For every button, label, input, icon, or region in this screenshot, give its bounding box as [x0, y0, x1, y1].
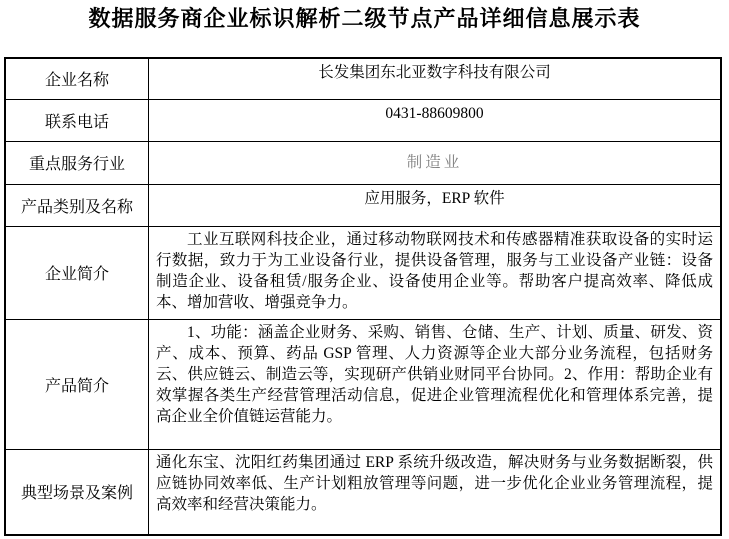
industry-value-text: 制造业	[407, 154, 463, 171]
table-row: 典型场景及案例 通化东宝、沈阳红药集团通过 ERP 系统升级改造，解决财务与业务…	[5, 449, 721, 535]
row-value-use-cases: 通化东宝、沈阳红药集团通过 ERP 系统升级改造，解决财务与业务数据断裂，供应链…	[149, 449, 722, 535]
table-row: 产品简介 1、功能：涵盖企业财务、采购、销售、仓储、生产、计划、质量、研发、资产…	[5, 319, 721, 449]
row-value-company-intro: 工业互联网科技企业，通过移动物联网技术和传感器精准获取设备的实时运行数据，致力于…	[149, 226, 722, 319]
use-cases-text: 通化东宝、沈阳红药集团通过 ERP 系统升级改造，解决财务与业务数据断裂，供应链…	[156, 452, 713, 515]
table-row: 重点服务行业 制造业	[5, 141, 721, 184]
product-intro-text: 1、功能：涵盖企业财务、采购、销售、仓储、生产、计划、质量、研发、资产、成本、预…	[156, 322, 713, 427]
table-row: 企业名称 长发集团东北亚数字科技有限公司	[5, 58, 721, 99]
row-label-company-intro: 企业简介	[5, 226, 149, 319]
table-row: 联系电话 0431-88609800	[5, 99, 721, 141]
page-title: 数据服务商企业标识解析二级节点产品详细信息展示表	[0, 0, 729, 32]
row-label-phone: 联系电话	[5, 99, 149, 141]
row-label-industry: 重点服务行业	[5, 141, 149, 184]
row-value-phone: 0431-88609800	[149, 99, 722, 141]
row-label-use-cases: 典型场景及案例	[5, 449, 149, 535]
row-value-product-category: 应用服务，ERP 软件	[149, 184, 722, 226]
row-value-product-intro: 1、功能：涵盖企业财务、采购、销售、仓储、生产、计划、质量、研发、资产、成本、预…	[149, 319, 722, 449]
company-intro-text: 工业互联网科技企业，通过移动物联网技术和传感器精准获取设备的实时运行数据，致力于…	[156, 229, 713, 313]
info-table: 企业名称 长发集团东北亚数字科技有限公司 联系电话 0431-88609800 …	[4, 57, 722, 536]
table-row: 企业简介 工业互联网科技企业，通过移动物联网技术和传感器精准获取设备的实时运行数…	[5, 226, 721, 319]
row-label-product-category: 产品类别及名称	[5, 184, 149, 226]
table-row: 产品类别及名称 应用服务，ERP 软件	[5, 184, 721, 226]
row-value-industry: 制造业	[149, 141, 722, 184]
row-label-product-intro: 产品简介	[5, 319, 149, 449]
row-value-company-name: 长发集团东北亚数字科技有限公司	[149, 58, 722, 99]
row-label-company-name: 企业名称	[5, 58, 149, 99]
